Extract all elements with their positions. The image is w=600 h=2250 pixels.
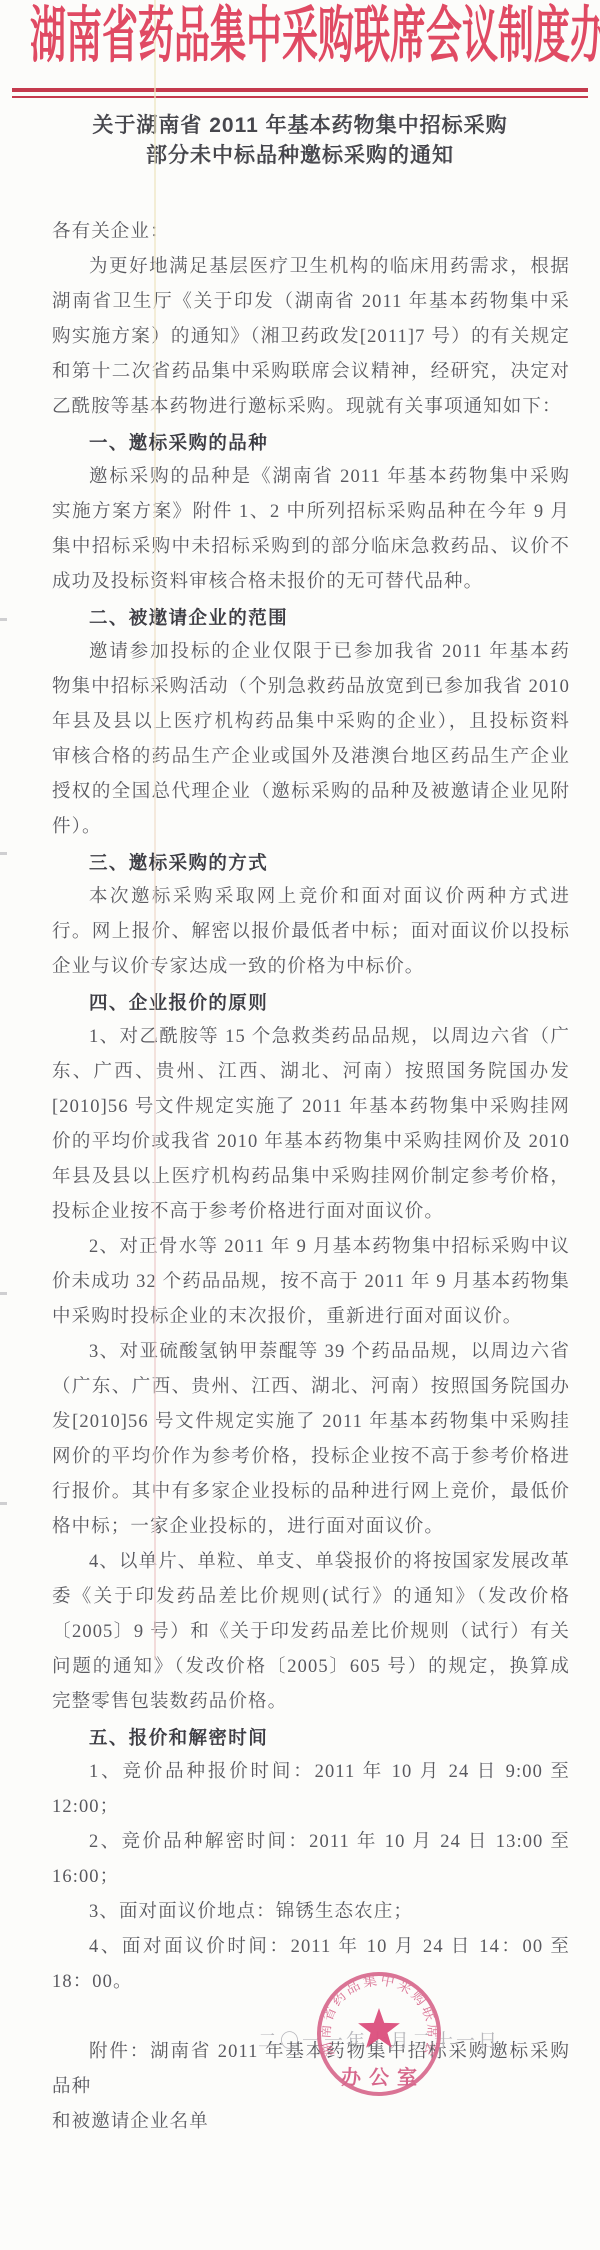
seal-ring-text: 湖南省药品集中采购联席会议制度 bbox=[314, 1962, 440, 2060]
masthead-title: 湖南省药品集中采购联席会议制度办公室 bbox=[30, 6, 570, 70]
attachment-line-2: 和被邀请企业名单 bbox=[52, 2105, 570, 2140]
section-3-paragraph: 本次邀标采购采取网上竞价和面对面议价两种方式进行。网上报价、解密以报价最低者中标… bbox=[52, 880, 570, 985]
title-line-2: 部分未中标品种邀标采购的通知 bbox=[0, 141, 600, 171]
official-seal: 湖南省药品集中采购联席会议制度 办公室 bbox=[314, 1962, 444, 2112]
salutation: 各有关企业： bbox=[52, 215, 570, 250]
title-line-1: 关于湖南省 2011 年基本药物集中招标采购 bbox=[0, 111, 600, 141]
section-4-paragraph-1: 1、对乙酰胺等 15 个急救类药品品规，以周边六省（广东、广西、贵州、江西、湖北… bbox=[52, 1020, 570, 1230]
section-4-paragraph-4: 4、以单片、单粒、单支、单袋报价的将按国家发展改革委《关于印发药品差比价规则(试… bbox=[52, 1545, 570, 1720]
section-5-item-4: 4、面对面议价时间：2011 年 10 月 24 日 14：00 至 18：00… bbox=[52, 1930, 570, 2000]
document-body: 各有关企业： 为更好地满足基层医疗卫生机构的临床用药需求，根据湖南省卫生厅《关于… bbox=[0, 215, 600, 2140]
section-5-item-1: 1、竞价品种报价时间：2011 年 10 月 24 日 9:00 至 12:00… bbox=[52, 1755, 570, 1825]
section-2-paragraph: 邀请参加投标的企业仅限于已参加我省 2011 年基本药物集中招标采购活动（个别急… bbox=[52, 635, 570, 845]
section-5-heading: 五、报价和解密时间 bbox=[52, 1720, 570, 1755]
seal-office-text: 办公室 bbox=[341, 2065, 425, 2089]
section-5-item-3: 3、面对面议价地点：锦锈生态农庄； bbox=[52, 1895, 570, 1930]
section-3-heading: 三、邀标采购的方式 bbox=[52, 845, 570, 880]
document-title: 关于湖南省 2011 年基本药物集中招标采购 部分未中标品种邀标采购的通知 bbox=[0, 111, 600, 171]
section-2-heading: 二、被邀请企业的范围 bbox=[52, 600, 570, 635]
section-1-paragraph: 邀标采购的品种是《湖南省 2011 年基本药物集中采购实施方案方案》附件 1、2… bbox=[52, 460, 570, 600]
star-icon bbox=[358, 2008, 400, 2048]
masthead-divider bbox=[12, 88, 588, 98]
intro-paragraph: 为更好地满足基层医疗卫生机构的临床用药需求，根据湖南省卫生厅《关于印发（湖南省 … bbox=[52, 250, 570, 425]
section-5-item-2: 2、竞价品种解密时间：2011 年 10 月 24 日 13:00 至 16:0… bbox=[52, 1825, 570, 1895]
document-page: 湖南省药品集中采购联席会议制度办公室 关于湖南省 2011 年基本药物集中招标采… bbox=[0, 0, 600, 2250]
section-1-heading: 一、邀标采购的品种 bbox=[52, 425, 570, 460]
section-4-heading: 四、企业报价的原则 bbox=[52, 985, 570, 1020]
section-4-paragraph-3: 3、对亚硫酸氢钠甲萘醌等 39 个药品品规，以周边六省（广东、广西、贵州、江西、… bbox=[52, 1335, 570, 1545]
section-4-paragraph-2: 2、对正骨水等 2011 年 9 月基本药物集中招标采购中议价未成功 32 个药… bbox=[52, 1230, 570, 1335]
